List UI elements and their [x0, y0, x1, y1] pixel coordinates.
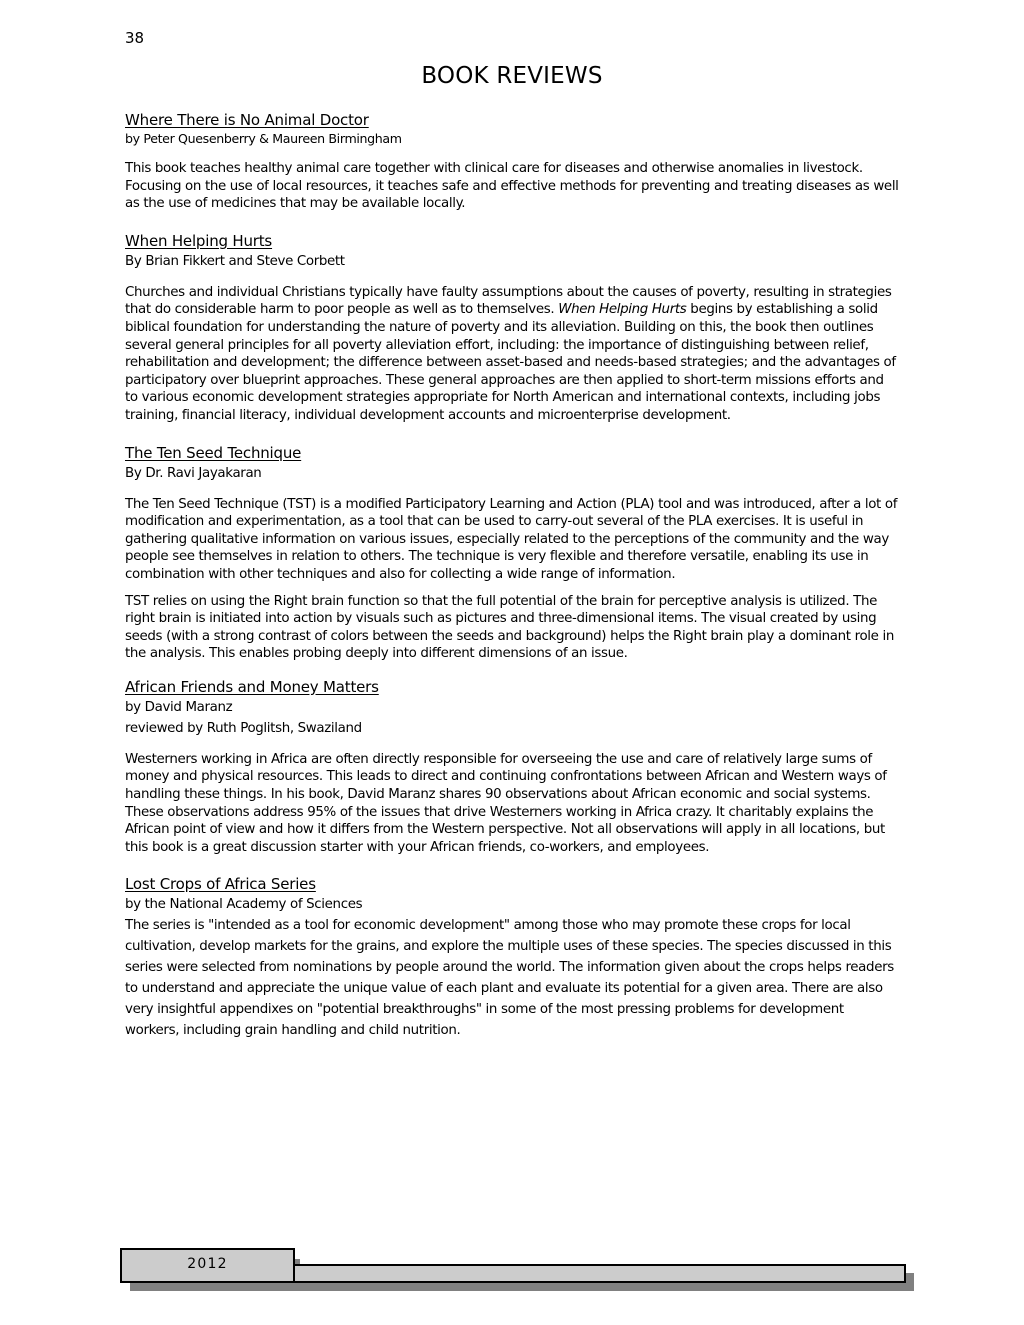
review-title: Where There is No Animal Doctor — [125, 110, 900, 130]
review-paragraph: Westerners working in Africa are often d… — [125, 751, 900, 857]
review-where-there-is-no-animal-doctor: Where There is No Animal Doctor by Peter… — [125, 110, 900, 213]
book-title-italic: When Helping Hurts — [558, 302, 686, 317]
review-reviewer: reviewed by Ruth Poglitsh, Swaziland — [125, 718, 900, 739]
review-byline: by David Maranz — [125, 697, 900, 718]
review-african-friends-and-money-matters: African Friends and Money Matters by Dav… — [125, 677, 900, 857]
review-when-helping-hurts: When Helping Hurts By Brian Fikkert and … — [125, 231, 900, 425]
review-byline: by the National Academy of Sciences — [125, 894, 900, 915]
review-byline: By Dr. Ravi Jayakaran — [125, 463, 900, 484]
review-byline: by Peter Quesenberry & Maureen Birmingha… — [125, 130, 900, 148]
review-paragraph: Churches and individual Christians typic… — [125, 284, 900, 425]
review-paragraph: The series is "intended as a tool for ec… — [125, 915, 900, 1041]
review-paragraph: This book teaches healthy animal care to… — [125, 160, 900, 213]
reviews-section: Where There is No Animal Doctor by Peter… — [125, 110, 900, 1041]
review-paragraph: The Ten Seed Technique (TST) is a modifi… — [125, 496, 900, 584]
review-title: The Ten Seed Technique — [125, 443, 900, 463]
page-title: BOOK REVIEWS — [0, 63, 1024, 89]
review-ten-seed-technique: The Ten Seed Technique By Dr. Ravi Jayak… — [125, 443, 900, 663]
review-paragraph: TST relies on using the Right brain func… — [125, 593, 900, 663]
review-title: African Friends and Money Matters — [125, 677, 900, 697]
footer-year: 2012 — [122, 1250, 293, 1278]
review-byline: By Brian Fikkert and Steve Corbett — [125, 251, 900, 272]
page-title-text: BOOK REVIEWS — [421, 63, 602, 89]
review-title: When Helping Hurts — [125, 231, 900, 251]
page-number: 38 — [125, 29, 144, 47]
paragraph-text: begins by establishing a solid biblical … — [125, 302, 896, 423]
review-title: Lost Crops of Africa Series — [125, 874, 900, 894]
review-lost-crops-of-africa: Lost Crops of Africa Series by the Natio… — [125, 874, 900, 1041]
